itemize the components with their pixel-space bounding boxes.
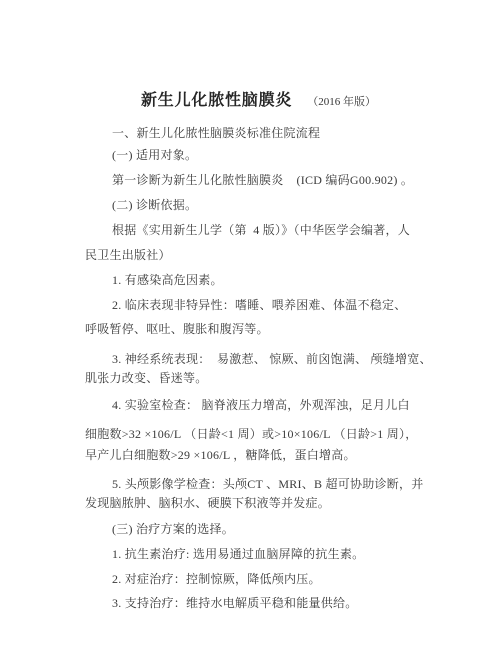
paragraph-line: 根据《实用新生儿学（第 4 版）》（中华医学会编著，人	[112, 223, 410, 237]
subsection-heading-line: (三) 治疗方案的选择。	[112, 522, 234, 536]
list-item-line: 3. 支持治疗：维持水电解质平稳和能量供给。	[112, 596, 358, 610]
paragraph-line: 呼吸暂停、呕吐、腹胀和腹泻等。	[85, 322, 269, 336]
paragraph-line: 第一诊断为新生儿化脓性脑膜炎 (ICD 编码G00.902) 。	[112, 173, 413, 187]
edition-label: （2016 年版）	[307, 96, 376, 108]
paragraph-line: 细胞数>32 ×106/L （日龄<1 周）或>10×106/L （日龄>1 周…	[85, 427, 418, 441]
list-item-line: 3. 神经系统表现： 易激惹、 惊厥、前囟饱满、 颅缝增宽、	[112, 352, 432, 366]
list-item-line: 1. 抗生素治疗: 选用易通过血脑屏障的抗生素。	[112, 547, 364, 561]
document-page: 新生儿化脓性脑膜炎（2016 年版） 一、新生儿化脓性脑膜炎标准住院流程 (一)…	[0, 0, 500, 671]
paragraph-line: 民卫生出版社）	[85, 248, 171, 262]
list-item-line: 2. 对症治疗：控制惊厥，降低颅内压。	[112, 572, 321, 586]
paragraph-line: 发现脑脓肿、脑积水、硬膜下积液等并发症。	[85, 496, 330, 510]
subsection-heading-line: (一) 适用对象。	[112, 148, 197, 162]
document-title: 新生儿化脓性脑膜炎	[141, 92, 292, 109]
document-title-row: 新生儿化脓性脑膜炎（2016 年版）	[125, 69, 376, 128]
list-item-line: 2. 临床表现非特异性：嗜睡、喂养困难、体温不稳定、	[112, 298, 407, 312]
subsection-heading-line: (二) 诊断依据。	[112, 198, 197, 212]
list-item-line: 4. 实验室检查： 脑脊液压力增高，外观浑浊，足月儿白	[112, 398, 410, 412]
list-item-line: 5. 头颅影像学检查：头颅CT 、MRI、B 超可协助诊断，并	[112, 477, 424, 491]
section-heading-line: 一、新生儿化脓性脑膜炎标准住院流程	[112, 126, 320, 140]
list-item-line: 1. 有感染高危因素。	[112, 273, 223, 287]
paragraph-line: 肌张力改变、昏迷等。	[85, 371, 208, 385]
paragraph-line: 早产儿白细胞数>29 ×106/L ，糖降低，蛋白增高。	[85, 448, 356, 462]
